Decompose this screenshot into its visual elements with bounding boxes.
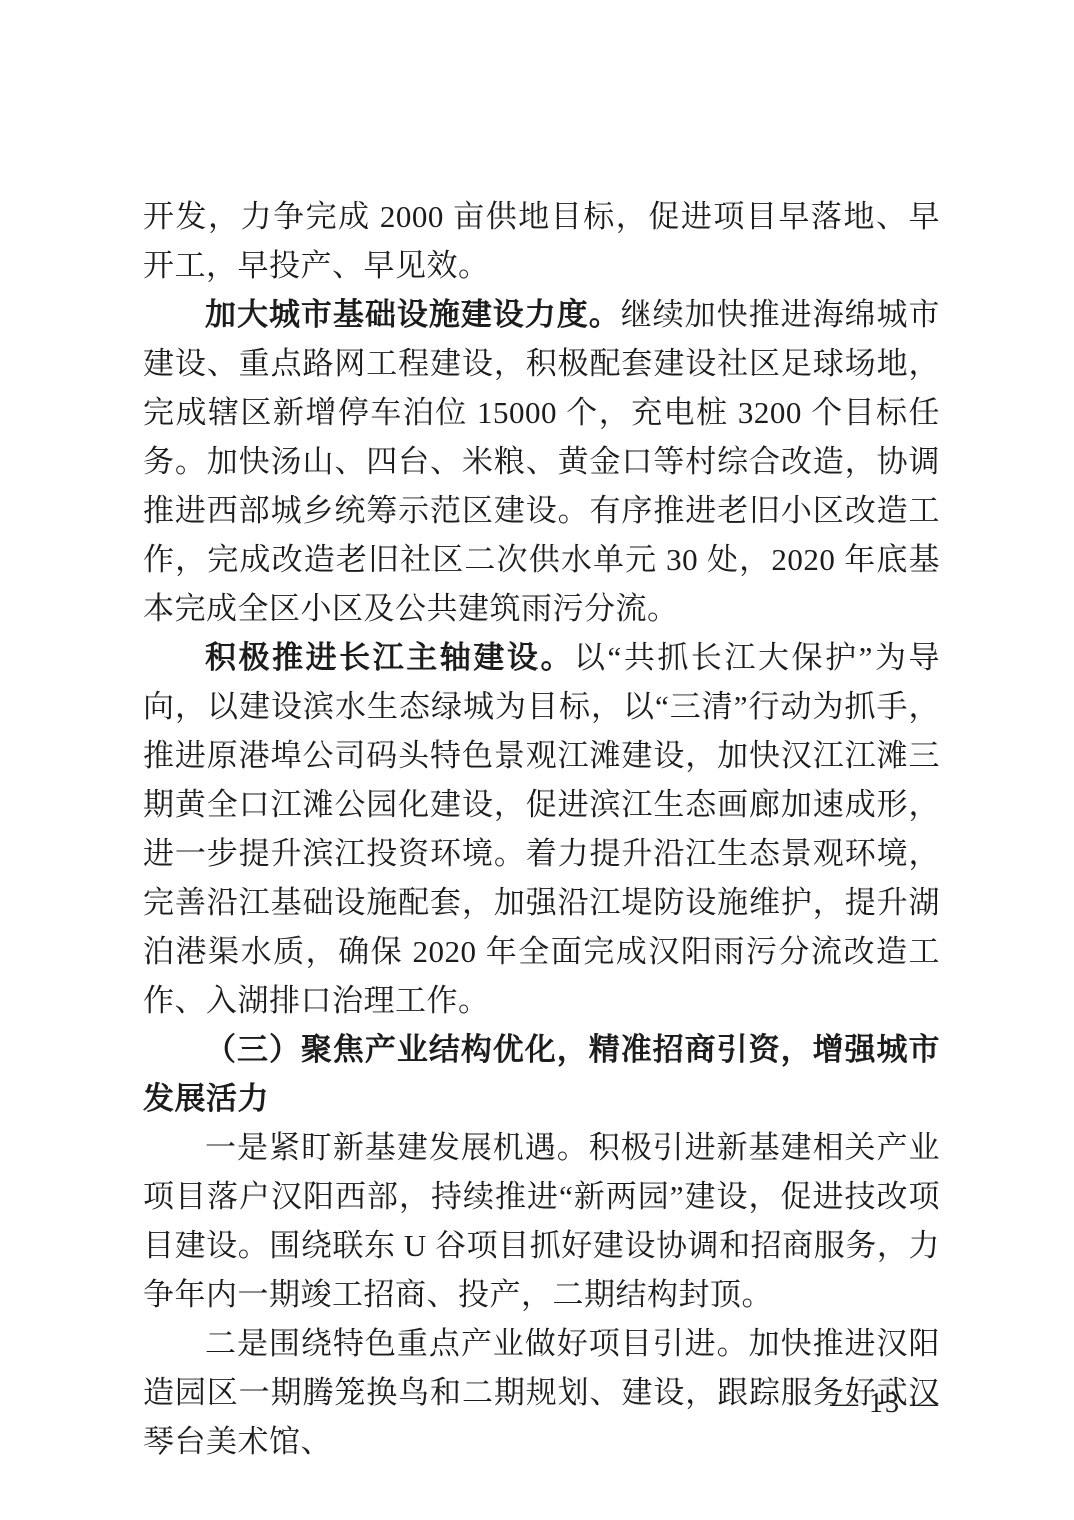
section-heading-text: （三）聚焦产业结构优化，精准招商引资，增强城市发展活力 <box>143 1032 940 1116</box>
paragraph-text: 继续加快推进海绵城市建设、重点路网工程建设，积极配套建设社区足球场地，完成辖区新… <box>143 297 940 626</box>
section-heading: （三）聚焦产业结构优化，精准招商引资，增强城市发展活力 <box>143 1025 940 1123</box>
page-number: — 13 — <box>830 1384 940 1424</box>
document-page: 开发，力争完成 2000 亩供地目标，促进项目早落地、早开工，早投产、早见效。 … <box>0 0 1074 1520</box>
paragraph-text: 一是紧盯新基建发展机遇。积极引进新基建相关产业项目落户汉阳西部，持续推进“新两园… <box>143 1130 940 1312</box>
paragraph: 加大城市基础设施建设力度。继续加快推进海绵城市建设、重点路网工程建设，积极配套建… <box>143 290 940 633</box>
paragraph-text: 二是围绕特色重点产业做好项目引进。加快推进汉阳造园区一期腾笼换鸟和二期规划、建设… <box>143 1326 940 1459</box>
paragraph-lead: 积极推进长江主轴建设。 <box>205 640 574 675</box>
paragraph-text: 开发，力争完成 2000 亩供地目标，促进项目早落地、早开工，早投产、早见效。 <box>143 199 940 283</box>
paragraph-lead: 加大城市基础设施建设力度。 <box>205 297 621 332</box>
paragraph: 积极推进长江主轴建设。以“共抓长江大保护”为导向，以建设滨水生态绿城为目标，以“… <box>143 633 940 1025</box>
paragraph-text: 以“共抓长江大保护”为导向，以建设滨水生态绿城为目标，以“三清”行动为抓手，推进… <box>143 640 940 1018</box>
paragraph: 二是围绕特色重点产业做好项目引进。加快推进汉阳造园区一期腾笼换鸟和二期规划、建设… <box>143 1319 940 1466</box>
paragraph: 开发，力争完成 2000 亩供地目标，促进项目早落地、早开工，早投产、早见效。 <box>143 192 940 290</box>
paragraph: 一是紧盯新基建发展机遇。积极引进新基建相关产业项目落户汉阳西部，持续推进“新两园… <box>143 1123 940 1319</box>
page-body: 开发，力争完成 2000 亩供地目标，促进项目早落地、早开工，早投产、早见效。 … <box>143 192 940 1466</box>
